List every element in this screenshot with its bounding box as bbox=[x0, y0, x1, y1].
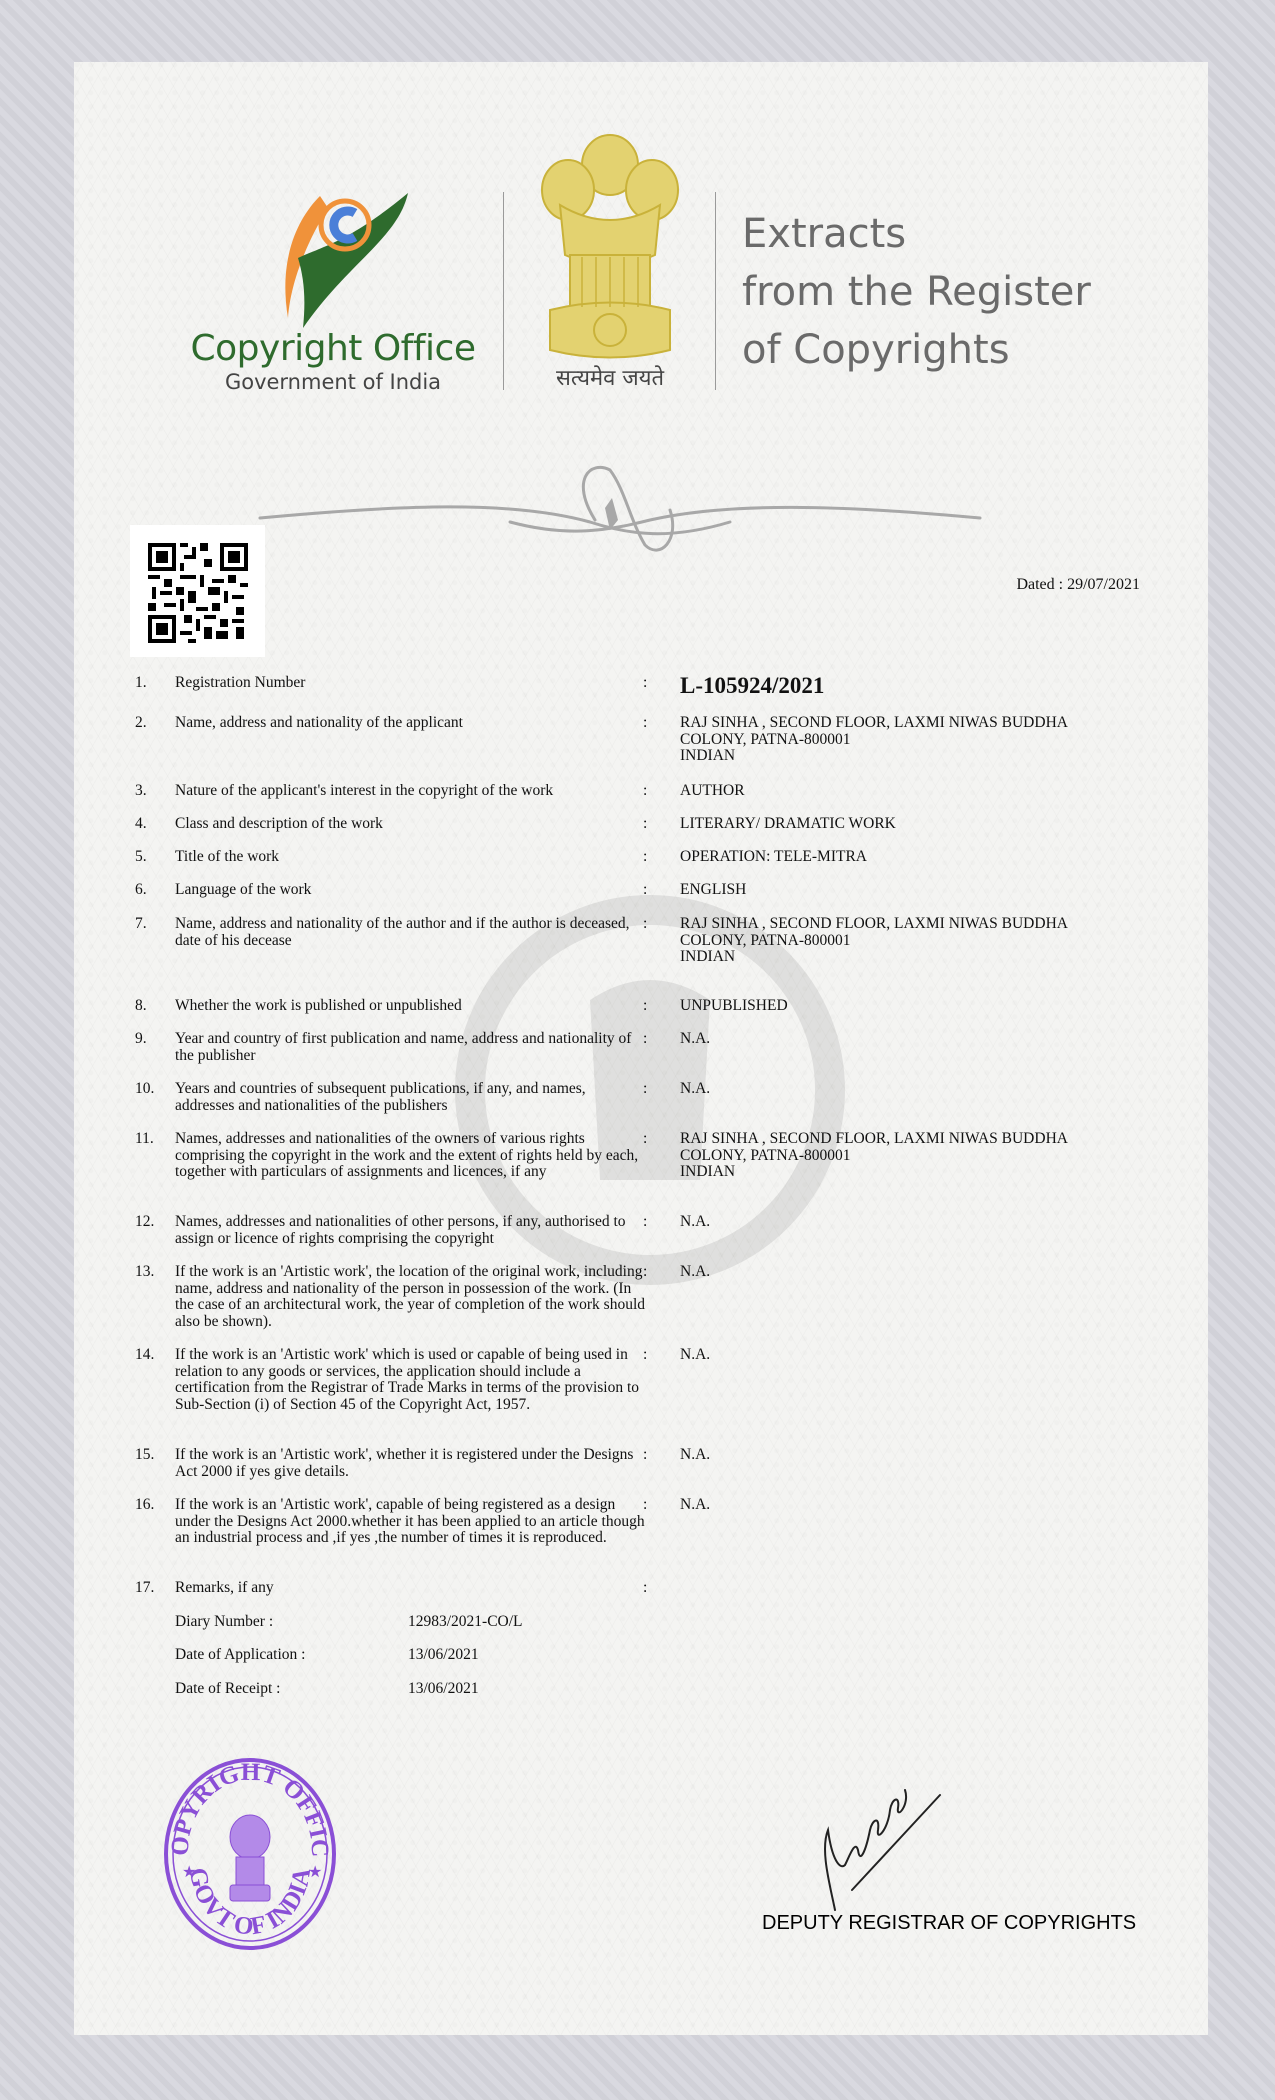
entry-label: Name, address and nationality of the app… bbox=[175, 715, 645, 732]
entry-label: Registration Number bbox=[175, 675, 645, 692]
entry-colon: : bbox=[643, 1131, 647, 1148]
entry-value: OPERATION: TELE-MITRA bbox=[680, 849, 1120, 866]
remark-value: 12983/2021-CO/L bbox=[408, 1613, 523, 1631]
header-divider-right bbox=[715, 192, 716, 390]
register-title-line-2: from the Register bbox=[742, 263, 1091, 321]
register-title-line-1: Extracts bbox=[742, 205, 1091, 263]
copyright-office-seal-icon: COPYRIGHT OFFICE GOVT OF INDIA ★ ★ bbox=[160, 1752, 340, 1957]
entry-colon: : bbox=[643, 849, 647, 866]
entry-label: Remarks, if any bbox=[175, 1580, 645, 1597]
entry-label: If the work is an 'Artistic work', the l… bbox=[175, 1264, 645, 1330]
entry-number: 17. bbox=[135, 1580, 175, 1597]
entry-value: N.A. bbox=[680, 1264, 1120, 1281]
entry-value: N.A. bbox=[680, 1347, 1120, 1364]
qr-code-icon bbox=[148, 543, 248, 643]
entry-number: 13. bbox=[135, 1264, 175, 1281]
entry-colon: : bbox=[643, 783, 647, 800]
entry-colon: : bbox=[643, 715, 647, 732]
entry-number: 5. bbox=[135, 849, 175, 866]
emblem-motto: सत्यमेव जयते bbox=[530, 362, 690, 392]
issue-date: Dated : 29/07/2021 bbox=[1016, 576, 1140, 594]
entry-colon: : bbox=[643, 1031, 647, 1048]
entry-label: Title of the work bbox=[175, 849, 645, 866]
entry-label: If the work is an 'Artistic work' which … bbox=[175, 1347, 645, 1413]
entry-value: N.A. bbox=[680, 1447, 1120, 1464]
register-title-line-3: of Copyrights bbox=[742, 321, 1091, 379]
entry-label: If the work is an 'Artistic work', capab… bbox=[175, 1497, 645, 1547]
entry-number: 15. bbox=[135, 1447, 175, 1464]
registrar-signature-icon bbox=[800, 1770, 950, 1925]
entry-colon: : bbox=[643, 1497, 647, 1514]
remark-label: Date of Application : bbox=[175, 1646, 305, 1664]
flourish-divider-icon bbox=[250, 450, 990, 565]
entry-label: Nature of the applicant's interest in th… bbox=[175, 783, 645, 800]
entry-colon: : bbox=[643, 1264, 647, 1281]
entry-number: 8. bbox=[135, 998, 175, 1015]
header-divider-left bbox=[503, 192, 504, 390]
entry-colon: : bbox=[643, 1580, 647, 1597]
entry-value: UNPUBLISHED bbox=[680, 998, 1120, 1015]
office-name: Copyright Office bbox=[188, 328, 478, 369]
entry-colon: : bbox=[643, 1214, 647, 1231]
entry-colon: : bbox=[643, 1447, 647, 1464]
entry-number: 16. bbox=[135, 1497, 175, 1514]
entry-value: N.A. bbox=[680, 1031, 1120, 1048]
svg-text:★: ★ bbox=[308, 1864, 322, 1881]
entry-colon: : bbox=[643, 882, 647, 899]
entry-value: N.A. bbox=[680, 1214, 1120, 1231]
entry-label: Language of the work bbox=[175, 882, 645, 899]
remark-value: 13/06/2021 bbox=[408, 1680, 479, 1698]
entry-number: 4. bbox=[135, 816, 175, 833]
entry-number: 6. bbox=[135, 882, 175, 899]
entry-number: 12. bbox=[135, 1214, 175, 1231]
entry-number: 2. bbox=[135, 715, 175, 732]
entry-number: 10. bbox=[135, 1081, 175, 1098]
entry-label: Names, addresses and nationalities of ot… bbox=[175, 1214, 645, 1247]
entry-colon: : bbox=[643, 998, 647, 1015]
entry-label: Years and countries of subsequent public… bbox=[175, 1081, 645, 1114]
entry-number: 7. bbox=[135, 916, 175, 933]
national-emblem-icon bbox=[530, 125, 690, 395]
entry-label: Whether the work is published or unpubli… bbox=[175, 998, 645, 1015]
entry-value: N.A. bbox=[680, 1497, 1120, 1514]
copyright-office-logo: Copyright Office Government of India bbox=[188, 188, 478, 398]
qr-code[interactable] bbox=[130, 525, 265, 657]
entry-value: N.A. bbox=[680, 1081, 1120, 1098]
remark-value: 13/06/2021 bbox=[408, 1646, 479, 1664]
entry-value: RAJ SINHA , SECOND FLOOR, LAXMI NIWAS BU… bbox=[680, 715, 1120, 765]
signatory-title: DEPUTY REGISTRAR OF COPYRIGHTS bbox=[762, 1912, 1136, 1935]
entry-colon: : bbox=[643, 675, 647, 692]
entry-label: If the work is an 'Artistic work', wheth… bbox=[175, 1447, 645, 1480]
remark-label: Date of Receipt : bbox=[175, 1680, 280, 1698]
entry-value: LITERARY/ DRAMATIC WORK bbox=[680, 816, 1120, 833]
office-subtitle: Government of India bbox=[188, 370, 478, 394]
entry-number: 9. bbox=[135, 1031, 175, 1048]
entry-number: 11. bbox=[135, 1131, 175, 1148]
entry-label: Year and country of first publication an… bbox=[175, 1031, 645, 1064]
remark-label: Diary Number : bbox=[175, 1613, 273, 1631]
registration-number: L-105924/2021 bbox=[680, 673, 1120, 699]
entry-label: Class and description of the work bbox=[175, 816, 645, 833]
svg-text:★: ★ bbox=[182, 1864, 196, 1881]
entry-value: ENGLISH bbox=[680, 882, 1120, 899]
entry-label: Name, address and nationality of the aut… bbox=[175, 916, 645, 949]
register-title: Extracts from the Register of Copyrights bbox=[742, 205, 1091, 379]
entry-number: 1. bbox=[135, 675, 175, 692]
entry-number: 3. bbox=[135, 783, 175, 800]
entry-label: Names, addresses and nationalities of th… bbox=[175, 1131, 645, 1181]
entry-value: RAJ SINHA , SECOND FLOOR, LAXMI NIWAS BU… bbox=[680, 916, 1120, 966]
entry-value: AUTHOR bbox=[680, 783, 1120, 800]
copyright-office-logo-icon bbox=[258, 188, 428, 338]
entry-colon: : bbox=[643, 916, 647, 933]
entry-colon: : bbox=[643, 1081, 647, 1098]
entry-value: RAJ SINHA , SECOND FLOOR, LAXMI NIWAS BU… bbox=[680, 1131, 1120, 1181]
entry-colon: : bbox=[643, 816, 647, 833]
entry-colon: : bbox=[643, 1347, 647, 1364]
entry-number: 14. bbox=[135, 1347, 175, 1364]
